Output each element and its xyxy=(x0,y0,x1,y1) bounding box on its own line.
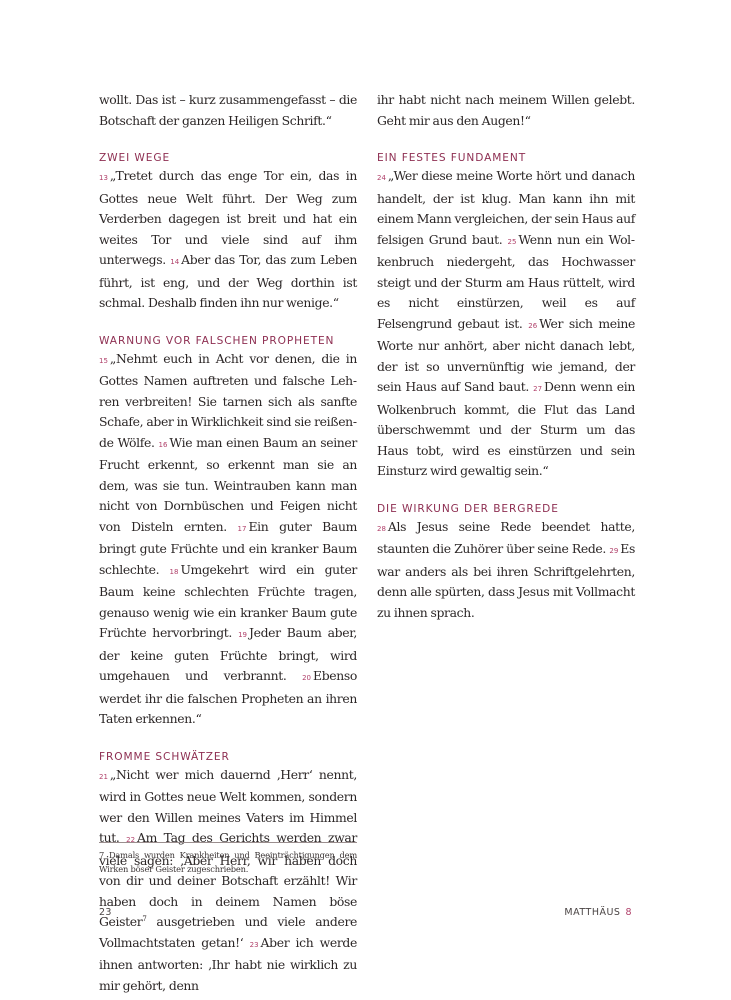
section-body-fromme-schwaetzer: 21„Nicht wer mich dauernd ‚Herr‘ nennt, … xyxy=(99,765,357,997)
section-body-warnung: 15„Nehmt euch in Acht vor denen, die in … xyxy=(99,349,357,730)
page-number: 23 xyxy=(99,907,112,918)
verse-number: 18 xyxy=(170,568,179,576)
section-heading-festes-fundament: EIN FESTES FUNDAMENT xyxy=(377,151,635,166)
section-heading-wirkung-bergrede: DIE WIRKUNG DER BERGREDE xyxy=(377,502,635,517)
verse-number: 13 xyxy=(99,174,108,182)
verse-number: 24 xyxy=(377,174,386,182)
book-title: MATTHÄUS xyxy=(564,907,620,918)
verse-number: 17 xyxy=(238,525,247,533)
right-column: ihr habt nicht nach meinem Willen gelebt… xyxy=(377,90,635,623)
section-heading-zwei-wege: ZWEI WEGE xyxy=(99,151,357,166)
intro-paragraph: wollt. Das ist – kurz zusammengefasst – … xyxy=(99,90,357,131)
section-body-wirkung-bergrede: 28Als Jesus seine Rede beendet hatte, st… xyxy=(377,517,635,624)
verse-number: 26 xyxy=(528,322,537,330)
running-header: MATTHÄUS8 xyxy=(564,907,632,918)
verse-number: 21 xyxy=(99,773,108,781)
document-page: wollt. Das ist – kurz zusammengefasst – … xyxy=(0,0,731,1000)
chapter-number: 8 xyxy=(625,907,632,918)
verse-number: 16 xyxy=(159,441,168,449)
verse-text: Als Jesus seine Rede beendet hatte, stau… xyxy=(377,519,635,557)
verse-number: 15 xyxy=(99,357,108,365)
verse-number: 28 xyxy=(377,525,386,533)
verse-number: 20 xyxy=(302,674,311,682)
footnote: 7 Damals wurden Krankheiten und Beeinträ… xyxy=(99,849,357,876)
verse-number: 19 xyxy=(238,631,247,639)
footnote-text: Damals wurden Krankheiten und Beeinträch… xyxy=(99,850,357,874)
footnote-divider xyxy=(99,842,357,843)
section-body-festes-fundament: 24„Wer diese meine Worte hört und danach… xyxy=(377,166,635,482)
verse-number: 23 xyxy=(250,941,259,949)
section-heading-fromme-schwaetzer: FROMME SCHWÄTZER xyxy=(99,750,357,765)
footnote-number: 7 xyxy=(99,850,104,860)
verse-number: 14 xyxy=(170,258,179,266)
verse-number: 25 xyxy=(507,238,516,246)
section-body-zwei-wege: 13„Tretet durch das enge Tor ein, das in… xyxy=(99,166,357,314)
section-heading-warnung: WARNUNG VOR FALSCHEN PROPHETEN xyxy=(99,334,357,349)
verse-number: 29 xyxy=(609,547,618,555)
verse-number: 27 xyxy=(533,385,542,393)
intro-paragraph: ihr habt nicht nach meinem Willen gelebt… xyxy=(377,90,635,131)
